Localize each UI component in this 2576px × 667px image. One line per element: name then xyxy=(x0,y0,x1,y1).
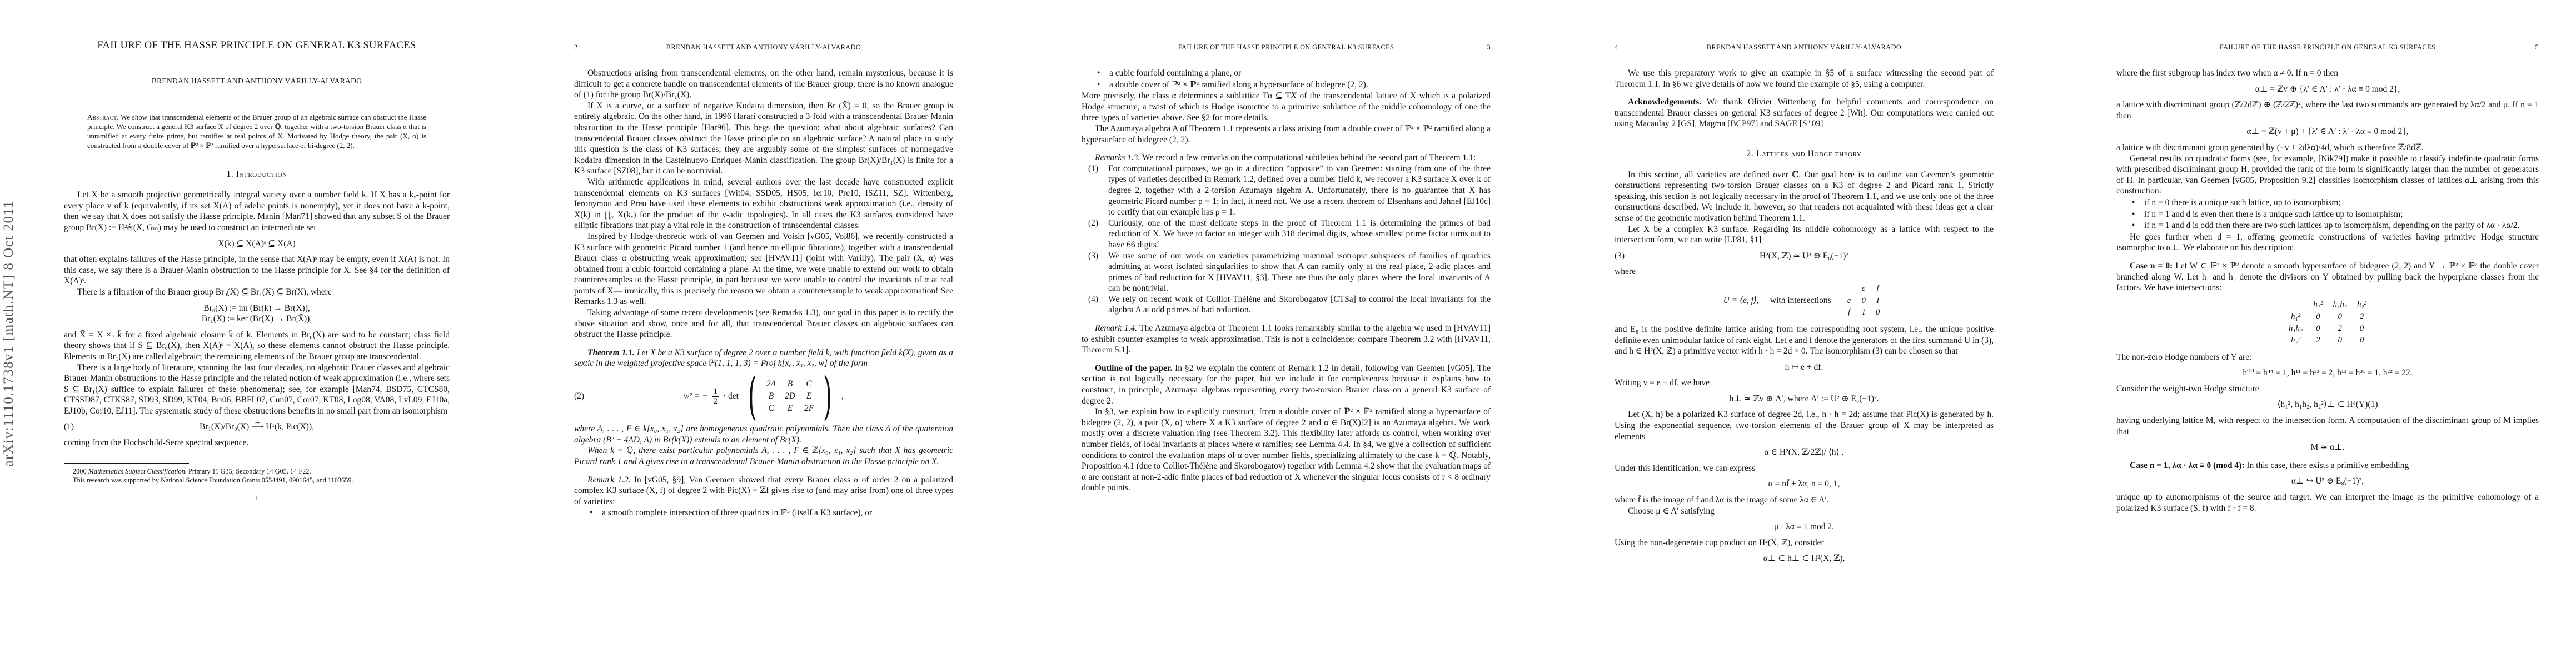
det-operator: · det xyxy=(723,391,739,402)
bullet-text: if n = 1 and d is odd then there are two… xyxy=(2144,220,2519,231)
paragraph: Obstructions arising from transcendental… xyxy=(574,68,953,101)
bullet-icon: • xyxy=(2132,220,2144,231)
equation-line: α = nf̄ + λ̄α, n = 0, 1, xyxy=(1615,479,1994,490)
h-perp-equation: h⊥ ≃ ℤv ⊕ Λ′, where Λ′ := U² ⊕ E₈(−1)². xyxy=(1615,394,1994,405)
paragraph: There is a filtration of the Brauer grou… xyxy=(64,287,450,298)
math-table: h₁²h₁h₂h₂²h₁²002h₁h₂020h₂²200 xyxy=(2284,299,2371,346)
paragraph: He goes further when d = 1, offering geo… xyxy=(2116,232,2539,253)
column-header: f xyxy=(1871,283,1885,295)
item-text: We use some of our work on varieties par… xyxy=(1108,251,1491,294)
paragraph: where xyxy=(1615,266,1994,277)
table-cell: h₁h₂ xyxy=(2284,323,2308,335)
paragraph: where f̄ is the image of f and λ̄α is th… xyxy=(1615,495,1994,506)
footnote-rule xyxy=(64,463,189,464)
mu-congruence-equation: μ · λα ≡ 1 mod 2. xyxy=(1615,521,1994,532)
paragraph: General results on quadratic forms (see,… xyxy=(2116,153,2539,197)
brauer-filtration-equations: Br₀(X) := im (Br(k) → Br(X)),Br₁(X) := k… xyxy=(64,303,450,325)
paragraph: With arithmetic applications in mind, se… xyxy=(574,177,953,231)
table-header-row: h₁²h₁h₂h₂² xyxy=(2284,299,2371,311)
case-n-0-text: Let W ⊂ ℙ² × ℙ² denote a smooth hypersur… xyxy=(2116,261,2539,292)
table-row: e01 xyxy=(1842,295,1885,307)
paragraph: having underlying lattice M, with respec… xyxy=(2116,415,2539,437)
running-title: BRENDAN HASSETT AND ANTHONY VÁRILLY-ALVA… xyxy=(599,43,929,51)
equation-line: Br₁(X)/Br₀(X) ⟶ H¹(k, Pic(X̄)), xyxy=(64,421,450,432)
equation-lhs: w² = − xyxy=(684,391,708,402)
theorem-1-1: Theorem 1.1. Let X be a K3 surface of de… xyxy=(574,347,953,369)
paragraph: More precisely, the class α determines a… xyxy=(1082,91,1491,123)
column-header: e xyxy=(1856,283,1871,295)
outline-of-the-paper: Outline of the paper. In §2 we explain t… xyxy=(1082,363,1491,406)
equation-line: α⊥ = ℤv ⊕ {λ′ ∈ Λ′ : λ′ · λα ≡ 0 mod 2}, xyxy=(2116,84,2539,95)
table-cell: 1 xyxy=(1871,295,1885,307)
page-number: 4 xyxy=(1615,43,1639,51)
equation-line: α⊥ ↪ U³ ⊕ E₈(−1)², xyxy=(2116,476,2539,487)
item-number: (1) xyxy=(1088,163,1108,218)
open-paren: ( xyxy=(748,375,757,418)
paragraph: There is a large body of literature, spa… xyxy=(64,362,450,417)
table-row: f10 xyxy=(1842,307,1885,318)
paragraph: In §3, we explain how to explicitly cons… xyxy=(1082,406,1491,494)
page-number xyxy=(929,43,953,51)
running-head: 4 BRENDAN HASSETT AND ANTHONY VÁRILLY-AL… xyxy=(1615,43,1994,51)
footnote-grants: This research was supported by National … xyxy=(64,476,450,485)
bullet-item: •if n = 1 and d is even then there is a … xyxy=(2132,209,2539,220)
section-1-heading: 1. Introduction xyxy=(64,169,450,180)
remarks-1-3-label: Remarks 1.3. xyxy=(1095,153,1140,162)
paragraph: Using the non-degenerate cup product on … xyxy=(1615,537,1994,549)
alpha-expression-equation: α = nf̄ + λ̄α, n = 0, 1, xyxy=(1615,479,1994,490)
bullet-icon: • xyxy=(590,507,602,519)
numbered-item: (3)We use some of our work on varieties … xyxy=(1088,251,1491,294)
paper-screenshot: { "arxiv_stamp": "arXiv:1110.1738v1 [mat… xyxy=(0,0,2576,667)
fraction-denominator: 2 xyxy=(714,397,718,406)
numbered-item: (1)For computational purposes, we go in … xyxy=(1088,163,1491,218)
numbered-item: (2)Curiously, one of the most delicate s… xyxy=(1088,218,1491,251)
equation-line: h ↦ e + df. xyxy=(1615,362,1994,373)
bullet-item: •a smooth complete intersection of three… xyxy=(590,507,953,519)
footnote-msc: 2000 Mathematics Subject Classification.… xyxy=(64,467,450,476)
paper-title: FAILURE OF THE HASSE PRINCIPLE ON GENERA… xyxy=(64,39,450,52)
paragraph: a lattice with discriminant group genera… xyxy=(2116,142,2539,153)
remarks-1-3-text: We record a few remarks on the computati… xyxy=(1140,153,1476,162)
item-number: (4) xyxy=(1088,294,1108,316)
table-caption: with intersections xyxy=(1770,295,1831,306)
page-number xyxy=(1969,43,1994,51)
running-head: FAILURE OF THE HASSE PRINCIPLE ON GENERA… xyxy=(1082,43,1491,51)
bullet-icon: • xyxy=(1097,68,1109,79)
alpha-perp-chain-equation: α⊥ ⊂ h⊥ ⊂ H²(X, ℤ), xyxy=(1615,553,1994,564)
matrix-cell: C xyxy=(766,402,776,415)
abstract-label: Abstract. xyxy=(87,113,119,121)
equation-line: α⊥ ⊂ h⊥ ⊂ H²(X, ℤ), xyxy=(1615,553,1994,564)
adelic-inclusion-equation: X(k) ⊆ X(A)ˢ ⊆ X(A) xyxy=(64,238,450,250)
item-number: (2) xyxy=(1088,218,1108,251)
remark-1-4-text: The Azumaya algebra of Theorem 1.1 looks… xyxy=(1082,323,1491,355)
table-row: h₂²200 xyxy=(2284,335,2371,346)
item-number: (3) xyxy=(1088,251,1108,294)
equation-3: (3)H²(X, ℤ) ≃ U³ ⊕ E₈(−1)² xyxy=(1615,251,1994,262)
paper-authors: BRENDAN HASSETT AND ANTHONY VÁRILLY-ALVA… xyxy=(64,76,450,87)
page-5: FAILURE OF THE HASSE PRINCIPLE ON GENERA… xyxy=(2061,0,2576,667)
section-2-heading: 2. Lattices and Hodge theory xyxy=(1615,148,1994,160)
bullet-icon: • xyxy=(2132,197,2144,208)
page-3: FAILURE OF THE HASSE PRINCIPLE ON GENERA… xyxy=(1030,0,1546,667)
bullet-text: if n = 0 there is a unique such lattice,… xyxy=(2144,197,2341,208)
table-cell: 0 xyxy=(2308,311,2328,323)
matrix-cell: B xyxy=(785,378,795,390)
page-1-number: 1 xyxy=(64,492,450,504)
footnote-msc-post: Primary 11 G35; Secondary 14 G05, 14 F22… xyxy=(187,467,311,475)
table-cell: 0 xyxy=(2308,323,2328,335)
lattice-definition: U = ⟨e, f⟩, xyxy=(1723,295,1759,306)
equation-line: α⊥ = ℤ(v + μ) + {λ′ ∈ Λ′ : λ′ · λα ≡ 0 m… xyxy=(2116,126,2539,137)
matrix-cell: 2D xyxy=(785,390,795,402)
bullet-icon: • xyxy=(1097,79,1109,91)
paragraph: The non-zero Hodge numbers of Y are: xyxy=(2116,352,2539,363)
h-image-equation: h ↦ e + df. xyxy=(1615,362,1994,373)
equation-line: ⟨h₁², h₁h₂, h₂²⟩⊥ ⊂ H⁴(Y)(1) xyxy=(2116,399,2539,410)
item-text: For computational purposes, we go in a d… xyxy=(1108,163,1491,218)
table-cell: h₂² xyxy=(2284,335,2308,346)
paragraph: unique up to automorphisms of the source… xyxy=(2116,492,2539,514)
footnotes: 2000 Mathematics Subject Classification.… xyxy=(64,463,450,485)
paragraph: Inspired by Hodge-theoretic work of van … xyxy=(574,231,953,307)
acknowledgements: Acknowledgements. We thank Olivier Witte… xyxy=(1615,97,1994,130)
matrix-cell: E xyxy=(804,390,814,402)
page-3-column: FAILURE OF THE HASSE PRINCIPLE ON GENERA… xyxy=(1082,43,1491,494)
case-n-1-label: Case n = 1, λα · λα ≡ 0 (mod 4): xyxy=(2130,461,2244,470)
table-corner xyxy=(2284,299,2308,311)
page-5-column: FAILURE OF THE HASSE PRINCIPLE ON GENERA… xyxy=(2116,43,2539,514)
remark-1-2-text: In [vG05, §9], Van Geemen showed that ev… xyxy=(574,475,953,506)
outline-of-the-paper-label: Outline of the paper. xyxy=(1095,364,1172,373)
paragraph: where A, . . . , F ∈ k[x₀, x₁, x₂] are h… xyxy=(574,424,953,445)
page-number xyxy=(2116,43,2141,51)
page-2: 2 BRENDAN HASSETT AND ANTHONY VÁRILLY-AL… xyxy=(515,0,1030,667)
alpha-perp-n0-equation: α⊥ = ℤv ⊕ {λ′ ∈ Λ′ : λ′ · λα ≡ 0 mod 2}, xyxy=(2116,84,2539,95)
table-cell: e xyxy=(1842,295,1856,307)
bullet-text: a cubic fourfold containing a plane, or xyxy=(1109,68,1241,79)
bullet-text: if n = 1 and d is even then there is a u… xyxy=(2144,209,2403,220)
paragraph: where the first subgroup has index two w… xyxy=(2116,68,2539,79)
abstract: Abstract. We show that transcendental el… xyxy=(87,112,426,150)
table-cell: 2 xyxy=(2308,335,2328,346)
table-cell: 0 xyxy=(1871,307,1885,318)
case-n-1: Case n = 1, λα · λα ≡ 0 (mod 4): In this… xyxy=(2116,460,2539,471)
equation-1: (1)Br₁(X)/Br₀(X) ⟶ H¹(k, Pic(X̄)), xyxy=(64,421,450,432)
running-head: FAILURE OF THE HASSE PRINCIPLE ON GENERA… xyxy=(2116,43,2539,51)
table-header-row: ef xyxy=(1842,283,1885,295)
column-header: h₁² xyxy=(2308,299,2328,311)
fraction: 12 xyxy=(712,387,719,406)
footnote-msc-pre: 2000 xyxy=(73,467,88,475)
remark-1-4: Remark 1.4. The Azumaya algebra of Theor… xyxy=(1082,323,1491,356)
case-n-0-label: Case n = 0: xyxy=(2130,261,2173,271)
paragraph: Writing v = e − df, we have xyxy=(1615,377,1994,389)
table-cell: 2 xyxy=(2328,323,2352,335)
equation-line: h⁰⁰ = h⁴⁴ = 1, h¹¹ = h³³ = 2, h¹³ = h³¹ … xyxy=(2116,367,2539,379)
paragraph: If X is a curve, or a surface of negativ… xyxy=(574,101,953,177)
paragraph: We use this preparatory work to give an … xyxy=(1615,68,1994,89)
equation-tail: , xyxy=(841,391,844,402)
page-4-column: 4 BRENDAN HASSETT AND ANTHONY VÁRILLY-AL… xyxy=(1615,43,1994,569)
case-n-1-text: In this case, there exists a primitive e… xyxy=(2244,461,2409,470)
table-cell: 1 xyxy=(1856,307,1871,318)
footnote-msc-italic: Mathematics Subject Classification. xyxy=(88,467,187,475)
weight-two-hodge-equation: ⟨h₁², h₁h₂, h₂²⟩⊥ ⊂ H⁴(Y)(1) xyxy=(2116,399,2539,410)
bullet-text: a double cover of ℙ² × ℙ² ramified along… xyxy=(1109,79,1368,91)
running-head: 2 BRENDAN HASSETT AND ANTHONY VÁRILLY-AL… xyxy=(574,43,953,51)
acknowledgements-label: Acknowledgements. xyxy=(1628,97,1701,107)
table-cell: 0 xyxy=(2328,335,2352,346)
arxiv-watermark: arXiv:1110.1738v1 [math.NT] 8 Oct 2011 xyxy=(1,200,17,466)
paragraph: Let X be a smooth projective geometrical… xyxy=(64,190,450,233)
table-cell: 0 xyxy=(2328,311,2352,323)
equation-line: h⊥ ≃ ℤv ⊕ Λ′, where Λ′ := U² ⊕ E₈(−1)². xyxy=(1615,394,1994,405)
matrix-cell: 2A xyxy=(766,378,776,390)
alpha-perp-n1-equation: α⊥ = ℤ(v + μ) + {λ′ ∈ Λ′ : λ′ · λα ≡ 0 m… xyxy=(2116,126,2539,137)
table-cell: 0 xyxy=(2352,335,2371,346)
page-2-column: 2 BRENDAN HASSETT AND ANTHONY VÁRILLY-AL… xyxy=(574,43,953,519)
paragraph: coming from the Hochschild-Serre spectra… xyxy=(64,437,450,449)
paragraph: a lattice with discriminant group (ℤ/2dℤ… xyxy=(2116,99,2539,121)
remark-1-2-label: Remark 1.2. xyxy=(587,475,631,485)
bullet-icon: • xyxy=(2132,209,2144,220)
bullet-item: •a cubic fourfold containing a plane, or xyxy=(1097,68,1491,79)
equation-line: Br₁(X) := ker (Br(X) → Br(X̄)), xyxy=(64,313,450,325)
tilde-arrow: ⟶ xyxy=(251,421,263,432)
page-number xyxy=(1082,43,1106,51)
close-paren: ) xyxy=(823,375,832,418)
primitive-embedding-equation: α⊥ ↪ U³ ⊕ E₈(−1)², xyxy=(2116,476,2539,487)
intersection-table-u: U = ⟨e, f⟩,with intersectionsefe01f10 xyxy=(1615,283,1994,318)
table-cell: 0 xyxy=(1856,295,1871,307)
fraction-numerator: 1 xyxy=(712,387,719,397)
m-isomorphism-equation: M ≃ α⊥. xyxy=(2116,442,2539,453)
matrix-cell: 2F xyxy=(804,402,814,415)
equation-line: H²(X, ℤ) ≃ U³ ⊕ E₈(−1)² xyxy=(1615,251,1994,262)
equation-line: X(k) ⊆ X(A)ˢ ⊆ X(A) xyxy=(64,238,450,250)
item-text: We rely on recent work of Colliot-Thélèn… xyxy=(1108,294,1491,316)
math-table: efe01f10 xyxy=(1842,283,1885,318)
column-header: h₂² xyxy=(2352,299,2371,311)
table-cell: f xyxy=(1842,307,1856,318)
bullet-item: •if n = 1 and d is odd then there are tw… xyxy=(2132,220,2539,231)
equation-line: α ∈ H²(X, ℤ/2ℤ)/ ⟨h⟩ . xyxy=(1615,447,1994,458)
equation-number: (3) xyxy=(1615,251,1625,262)
paragraph: Taking advantage of some recent developm… xyxy=(574,307,953,340)
paragraph: Consider the weight-two Hodge structure xyxy=(2116,384,2539,395)
page-number: 2 xyxy=(574,43,599,51)
intersection-table-h: h₁²h₁h₂h₂²h₁²002h₁h₂020h₂²200 xyxy=(2116,299,2539,346)
remark-1-4-label: Remark 1.4. xyxy=(1095,323,1137,333)
theorem-1-1-label: Theorem 1.1. xyxy=(587,348,635,357)
matrix-cell: C xyxy=(804,378,814,390)
paragraph: and X̄ = X ×ₖ k̄ for a fixed algebraic c… xyxy=(64,330,450,362)
paragraph: In this section, all varieties are defin… xyxy=(1615,170,1994,224)
paragraph: Let X be a complex K3 surface. Regarding… xyxy=(1615,224,1994,246)
equation-2: (2)w² = −12 · det(2ABCB2DECE2F), xyxy=(574,375,953,418)
page-number: 3 xyxy=(1466,43,1491,51)
paragraph: and E₈ is the positive definite lattice … xyxy=(1615,324,1994,357)
table-cell: h₁² xyxy=(2284,311,2308,323)
equation-number: (2) xyxy=(574,391,584,402)
table-row: h₁h₂020 xyxy=(2284,323,2371,335)
paragraph: that often explains failures of the Hass… xyxy=(64,254,450,287)
equation-number: (1) xyxy=(64,421,74,432)
bullet-text: a smooth complete intersection of three … xyxy=(602,507,872,519)
page-1-column: FAILURE OF THE HASSE PRINCIPLE ON GENERA… xyxy=(64,0,450,504)
bullet-item: •if n = 0 there is a unique such lattice… xyxy=(2132,197,2539,208)
table-cell: 2 xyxy=(2352,311,2371,323)
paragraph: Let (X, h) be a polarized K3 surface of … xyxy=(1615,409,1994,442)
remarks-1-3: Remarks 1.3. We record a few remarks on … xyxy=(1082,152,1491,163)
item-text: Curiously, one of the most delicate step… xyxy=(1108,218,1491,251)
paragraph: The Azumaya algebra A of Theorem 1.1 rep… xyxy=(1082,123,1491,145)
column-header: h₁h₂ xyxy=(2328,299,2352,311)
page-1: arXiv:1110.1738v1 [math.NT] 8 Oct 2011 F… xyxy=(0,0,515,667)
table-cell: 0 xyxy=(2352,323,2371,335)
table-row: h₁²002 xyxy=(2284,311,2371,323)
remark-1-2: Remark 1.2. In [vG05, §9], Van Geemen sh… xyxy=(574,475,953,507)
page-4: 4 BRENDAN HASSETT AND ANTHONY VÁRILLY-AL… xyxy=(1546,0,2061,667)
abstract-text: We show that transcendental elements of … xyxy=(87,113,426,150)
running-title: BRENDAN HASSETT AND ANTHONY VÁRILLY-ALVA… xyxy=(1639,43,1969,51)
numbered-item: (4)We rely on recent work of Colliot-Thé… xyxy=(1088,294,1491,316)
hodge-numbers-equation: h⁰⁰ = h⁴⁴ = 1, h¹¹ = h³³ = 2, h¹³ = h³¹ … xyxy=(2116,367,2539,379)
running-title: FAILURE OF THE HASSE PRINCIPLE ON GENERA… xyxy=(2141,43,2514,51)
equation-line: M ≃ α⊥. xyxy=(2116,442,2539,453)
equation-line: Br₀(X) := im (Br(k) → Br(X)), xyxy=(64,303,450,314)
bullet-item: •a double cover of ℙ² × ℙ² ramified alon… xyxy=(1097,79,1491,91)
matrix-cell: B xyxy=(766,390,776,402)
matrix: 2ABCB2DECE2F xyxy=(766,378,814,415)
page-number: 5 xyxy=(2514,43,2539,51)
paragraph: Under this identification, we can expres… xyxy=(1615,463,1994,474)
running-title: FAILURE OF THE HASSE PRINCIPLE ON GENERA… xyxy=(1106,43,1466,51)
paragraph: When k = ℚ, there exist particular polyn… xyxy=(574,445,953,467)
paragraph: Choose μ ∈ Λ′ satisfying xyxy=(1615,506,1994,517)
table-corner xyxy=(1842,283,1856,295)
matrix-cell: E xyxy=(785,402,795,415)
case-n-0: Case n = 0: Let W ⊂ ℙ² × ℙ² denote a smo… xyxy=(2116,261,2539,293)
alpha-element-equation: α ∈ H²(X, ℤ/2ℤ)/ ⟨h⟩ . xyxy=(1615,447,1994,458)
equation-line: μ · λα ≡ 1 mod 2. xyxy=(1615,521,1994,532)
